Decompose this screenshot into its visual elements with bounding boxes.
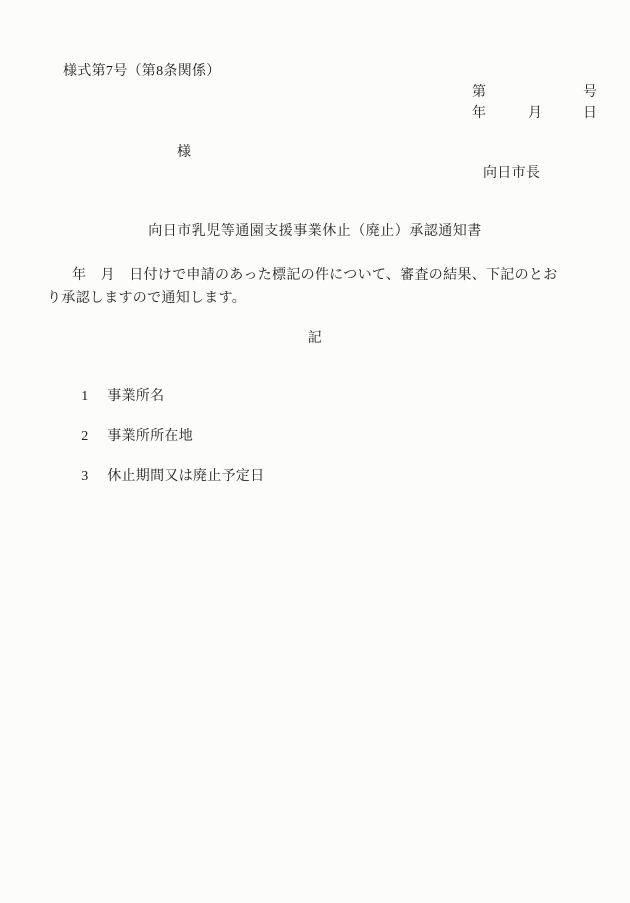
item-2-number: 2 <box>81 429 107 445</box>
date-month-label: 月 <box>528 106 542 122</box>
document-page: 様式第7号（第8条関係） 第 号 年 月 日 様 向日市長 向日市乳児等通園支援… <box>0 0 630 903</box>
item-3-label: 休止期間又は廃止予定日 <box>107 469 264 484</box>
doc-number-prefix: 第 <box>472 85 486 101</box>
date-year-label: 年 <box>472 106 486 122</box>
body-line-1: 年 月 日付けで申請のあった標記の件について、審査の結果、下記のとお <box>72 268 558 284</box>
doc-number-suffix: 号 <box>583 85 597 101</box>
item-1-label: 事業所名 <box>107 389 164 404</box>
item-3-number: 3 <box>81 469 107 485</box>
item-2-label: 事業所所在地 <box>107 429 193 444</box>
record-marker: 記 <box>0 331 630 347</box>
item-1-number: 1 <box>81 389 107 405</box>
form-number: 様式第7号（第8条関係） <box>63 64 221 80</box>
document-title: 向日市乳児等通園支援事業休止（廃止）承認通知書 <box>0 224 630 240</box>
list-item-3: 3休止期間又は廃止予定日 <box>66 453 265 501</box>
date-day-label: 日 <box>583 106 597 122</box>
body-line-2: り承認しますので通知します。 <box>47 291 246 307</box>
addressee-honorific: 様 <box>177 145 191 161</box>
sender-title: 向日市長 <box>483 166 540 182</box>
